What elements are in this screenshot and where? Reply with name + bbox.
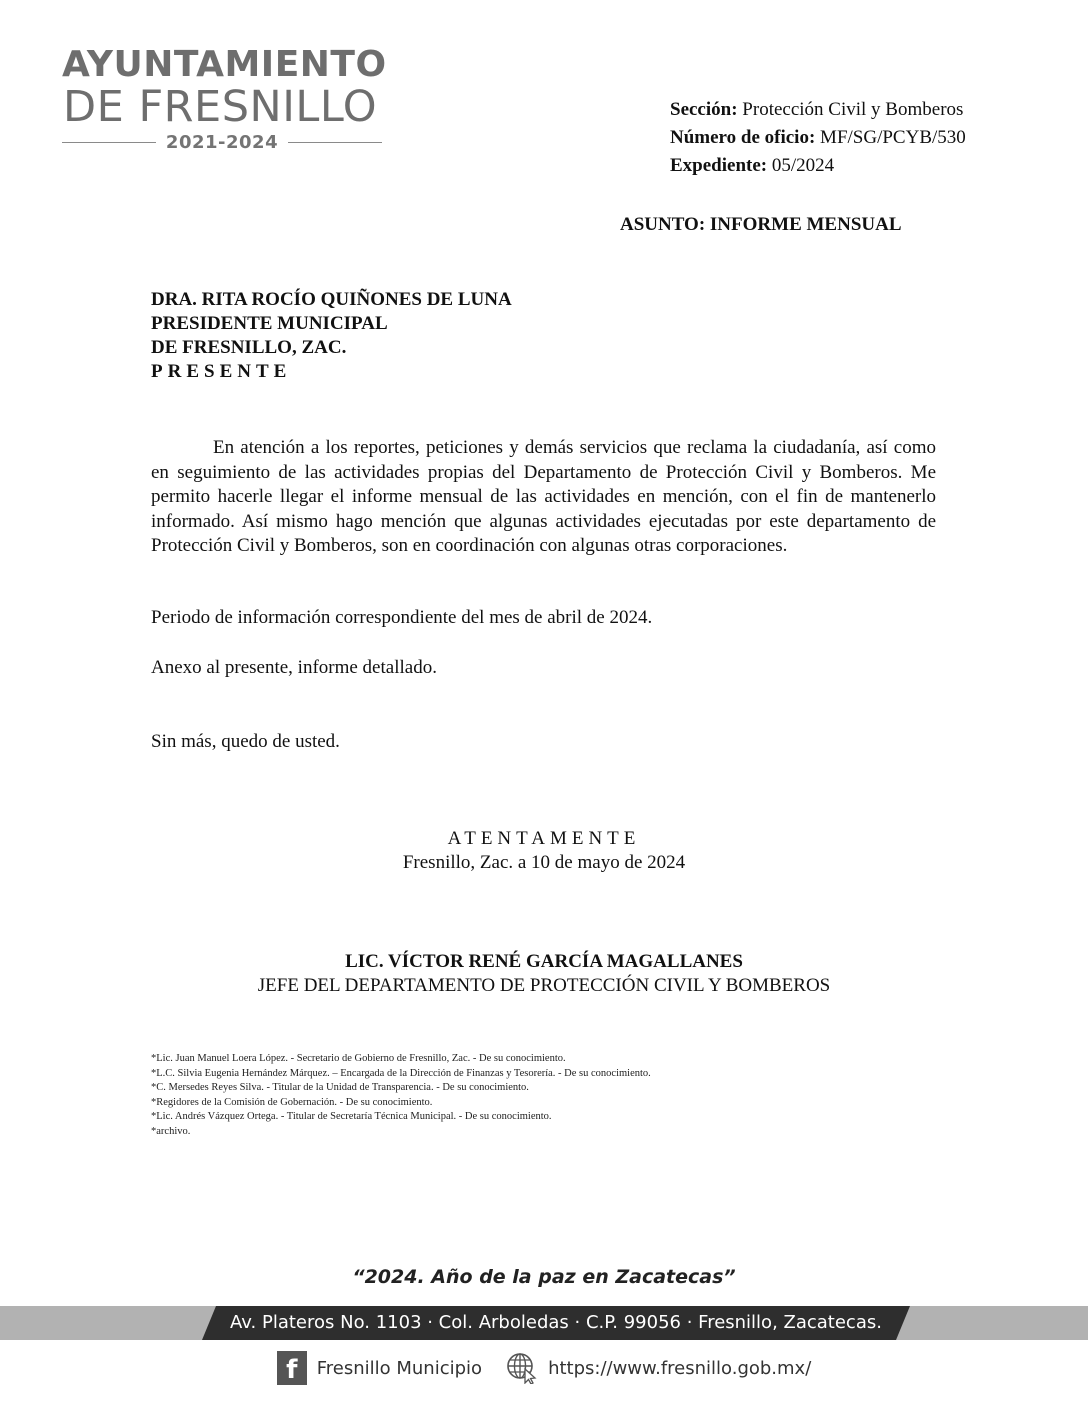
logo-years: 2021-2024 (156, 132, 288, 153)
footer-address: Av. Plateros No. 1103 · Col. Arboledas ·… (202, 1306, 910, 1340)
logo-line-1: AYUNTAMIENTO (62, 46, 382, 84)
logo-years-row: 2021-2024 (62, 132, 382, 153)
addressee-presente: PRESENTE (151, 360, 512, 384)
ccp-item: *Lic. Juan Manuel Loera López. - Secreta… (151, 1052, 651, 1067)
periodo-line: Periodo de información correspondiente d… (151, 607, 652, 629)
ayuntamiento-logo: AYUNTAMIENTO DE FRESNILLO 2021-2024 (62, 46, 382, 153)
logo-line-2: DE FRESNILLO (63, 84, 382, 130)
ccp-item: *C. Mersedes Reyes Silva. - Titular de l… (151, 1081, 651, 1096)
footer-motto: “2024. Año de la paz en Zacatecas” (0, 1266, 1088, 1288)
signer-title: JEFE DEL DEPARTAMENTO DE PROTECCIÓN CIVI… (0, 975, 1088, 997)
addressee-name: DRA. RITA ROCÍO QUIÑONES DE LUNA (151, 288, 512, 312)
closing-line: Sin más, quedo de usted. (151, 731, 340, 753)
expediente-value: 05/2024 (772, 155, 834, 176)
logo-rule-right (288, 142, 382, 143)
addressee-block: DRA. RITA ROCÍO QUIÑONES DE LUNA PRESIDE… (151, 288, 512, 384)
oficio-label: Número de oficio: (670, 127, 815, 148)
facebook-icon: f (277, 1351, 307, 1385)
anexo-line: Anexo al presente, informe detallado. (151, 657, 437, 679)
oficio-row: Número de oficio: MF/SG/PCYB/530 (670, 124, 966, 152)
ccp-item: *L.C. Silvia Eugenia Hernández Márquez. … (151, 1067, 651, 1082)
atentamente: ATENTAMENTE (0, 828, 1088, 850)
seccion-label: Sección: (670, 99, 738, 120)
globe-cursor-icon (506, 1352, 538, 1384)
ccp-item: *Lic. Andrés Vázquez Ortega. - Titular d… (151, 1110, 651, 1125)
place-date: Fresnillo, Zac. a 10 de mayo de 2024 (0, 852, 1088, 874)
ccp-list: *Lic. Juan Manuel Loera López. - Secreta… (151, 1052, 651, 1139)
document-meta: Sección: Protección Civil y Bomberos Núm… (670, 96, 966, 180)
seccion-row: Sección: Protección Civil y Bomberos (670, 96, 966, 124)
expediente-row: Expediente: 05/2024 (670, 152, 966, 180)
website-link[interactable]: https://www.fresnillo.gob.mx/ (548, 1358, 811, 1379)
footer-social: f Fresnillo Municipio https://www.fresni… (0, 1350, 1088, 1386)
expediente-label: Expediente: (670, 155, 767, 176)
ccp-item: *archivo. (151, 1125, 651, 1140)
seccion-value: Protección Civil y Bomberos (742, 99, 963, 120)
asunto: ASUNTO: INFORME MENSUAL (620, 214, 902, 236)
addressee-title: PRESIDENTE MUNICIPAL (151, 312, 512, 336)
ccp-item: *Regidores de la Comisión de Gobernación… (151, 1096, 651, 1111)
signer-name: LIC. VÍCTOR RENÉ GARCÍA MAGALLANES (0, 951, 1088, 973)
addressee-place: DE FRESNILLO, ZAC. (151, 336, 512, 360)
oficio-value: MF/SG/PCYB/530 (820, 127, 966, 148)
facebook-label[interactable]: Fresnillo Municipio (317, 1358, 482, 1379)
logo-rule-left (62, 142, 156, 143)
body-paragraph: En atención a los reportes, peticiones y… (151, 436, 936, 559)
